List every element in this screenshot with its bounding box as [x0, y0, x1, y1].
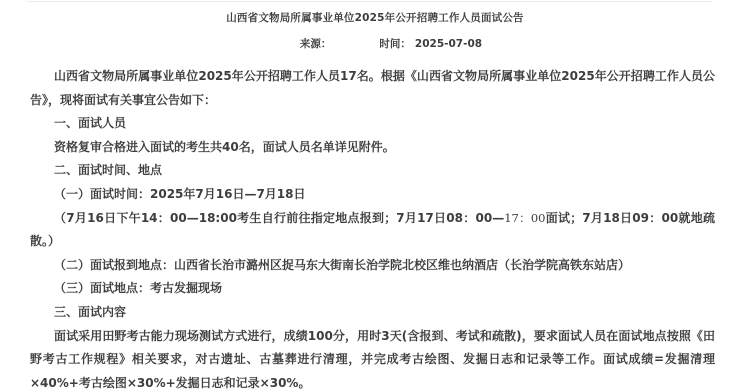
page-title: 山西省文物局所属事业单位2025年公开招聘工作人员面试公告 — [0, 10, 750, 25]
paragraph-interview-content: 面试采用田野考古能力现场测试方式进行，成绩100分，用时3天(含报到、考试和疏散… — [30, 325, 715, 391]
meta-line: 来源： 时间： 2025-07-08 — [16, 36, 750, 51]
section-heading-1: 一、面试人员 — [30, 112, 715, 136]
section-heading-3: 三、面试内容 — [30, 301, 715, 325]
paragraph-checkin-location: （二）面试报到地点：山西省长治市潞州区捉马东大街南长治学院北校区维也纳酒店（长治… — [30, 254, 715, 278]
schedule-detail-thin-fragment: 17：00 — [504, 211, 545, 225]
announcement-body: 山西省文物局所属事业单位2025年公开招聘工作人员17名。根据《山西省文物局所属… — [30, 65, 715, 391]
section-heading-2: 二、面试时间、地点 — [30, 159, 715, 183]
top-divider — [27, 1, 712, 2]
paragraph-schedule-detail: （7月16日下午14：00—18:00考生自行前往指定地点报到；7月17日08：… — [30, 207, 715, 254]
paragraph-interview-time: （一）面试时间：2025年7月16日—7月18日 — [30, 183, 715, 207]
schedule-detail-pre: （7月16日下午14：00—18:00考生自行前往指定地点报到；7月17日08：… — [54, 211, 504, 225]
paragraph-intro: 山西省文物局所属事业单位2025年公开招聘工作人员17名。根据《山西省文物局所属… — [30, 65, 715, 112]
paragraph-candidates: 资格复审合格进入面试的考生共40名，面试人员名单详见附件。 — [30, 136, 715, 160]
meta-time-label: 时间： — [379, 36, 411, 51]
meta-source-label: 来源： — [300, 36, 332, 51]
meta-time-value: 2025-07-08 — [415, 38, 482, 50]
paragraph-interview-location: （三）面试地点：考古发掘现场 — [30, 277, 715, 301]
